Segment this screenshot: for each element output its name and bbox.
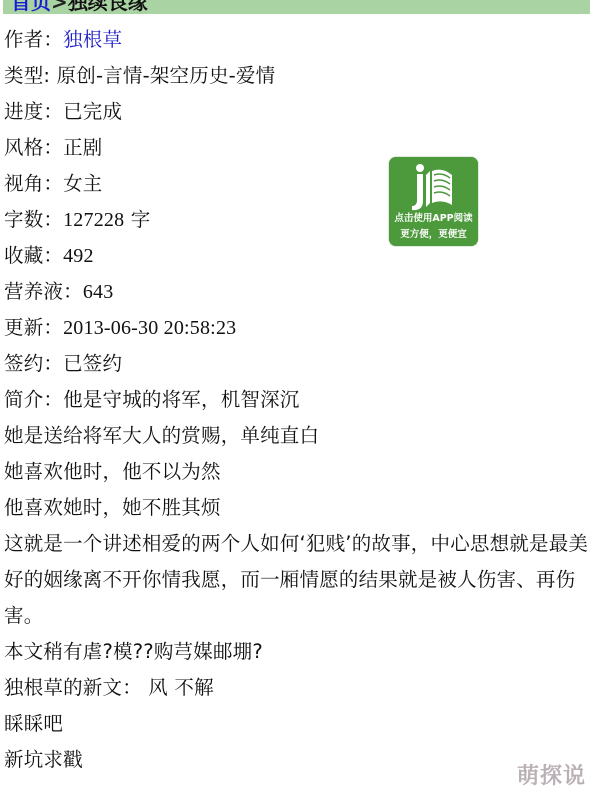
perspective-value: 女主	[63, 172, 102, 195]
favorites-value: 492	[63, 245, 94, 267]
word-count-label: 字数：	[4, 208, 63, 231]
word-count-row: 字数：127228 字	[4, 202, 592, 238]
perspective-row: 视角：女主	[4, 166, 592, 202]
updated-value: 2013-06-30 20:58:23	[63, 317, 236, 339]
favorites-row: 收藏：492	[4, 238, 592, 274]
author-link[interactable]: 独根草	[63, 28, 122, 51]
genre-value: 原创-言情-架空历史-爱情	[57, 64, 276, 87]
progress-row: 进度：已完成	[4, 94, 592, 130]
summary-line: 睬睬吧	[4, 706, 592, 742]
word-count-unit: 字	[124, 208, 150, 231]
author-row: 作者：独根草	[4, 22, 592, 58]
watermark: 萌探说	[517, 759, 586, 790]
style-row: 风格：正剧	[4, 130, 592, 166]
app-badge-line2: 更方便，更便宜	[389, 229, 478, 241]
summary-line: 他喜欢她时，她不胜其烦	[4, 490, 592, 526]
updated-label: 更新：	[4, 316, 63, 339]
summary-line: 她喜欢他时，他不以为然	[4, 454, 592, 490]
progress-value: 已完成	[63, 100, 122, 123]
book-j-logo-icon	[408, 163, 460, 213]
summary-paragraph: 这就是一个讲述相爱的两个人如何‘犯贱’的故事，中心思想就是最美好的姻缘离不开你情…	[4, 526, 592, 634]
summary-row: 简介：他是守城的将军，机智深沉	[4, 382, 592, 418]
summary-line: 他是守城的将军，机智深沉	[63, 388, 299, 411]
breadcrumb-separator: >	[51, 0, 68, 14]
book-info: 作者：独根草 类型: 原创-言情-架空历史-爱情 进度：已完成 风格：正剧 视角…	[4, 22, 592, 778]
author-label: 作者：	[4, 28, 63, 51]
home-link[interactable]: 首页	[11, 0, 51, 14]
genre-label: 类型:	[4, 64, 57, 87]
updated-row: 更新：2013-06-30 20:58:23	[4, 310, 592, 346]
app-download-badge[interactable]: 点击使用APP阅读 更方便，更便宜	[389, 157, 478, 246]
contract-value: 已签约	[63, 352, 122, 375]
summary-label: 简介：	[4, 388, 63, 411]
contract-label: 签约：	[4, 352, 63, 375]
summary-line: 新坑求戳	[4, 742, 592, 778]
new-work-line: 独根草的新文： 风 不解	[4, 670, 592, 706]
genre-row: 类型: 原创-言情-架空历史-爱情	[4, 58, 592, 94]
perspective-label: 视角：	[4, 172, 63, 195]
progress-label: 进度：	[4, 100, 63, 123]
nutrients-value: 643	[83, 281, 114, 303]
app-badge-line1: 点击使用APP阅读	[389, 213, 478, 225]
style-label: 风格：	[4, 136, 63, 159]
contract-row: 签约：已签约	[4, 346, 592, 382]
summary-line: 本文稍有虐?模??购芎媒邮堋?	[4, 634, 592, 670]
word-count-value: 127228	[63, 209, 124, 231]
breadcrumb: 首页>独续良缘	[3, 0, 590, 14]
favorites-label: 收藏：	[4, 244, 63, 267]
summary-line: 她是送给将军大人的赏赐，单纯直白	[4, 418, 592, 454]
nutrients-row: 营养液：643	[4, 274, 592, 310]
breadcrumb-current: 独续良缘	[68, 0, 148, 14]
nutrients-label: 营养液：	[4, 280, 83, 303]
style-value: 正剧	[63, 136, 102, 159]
